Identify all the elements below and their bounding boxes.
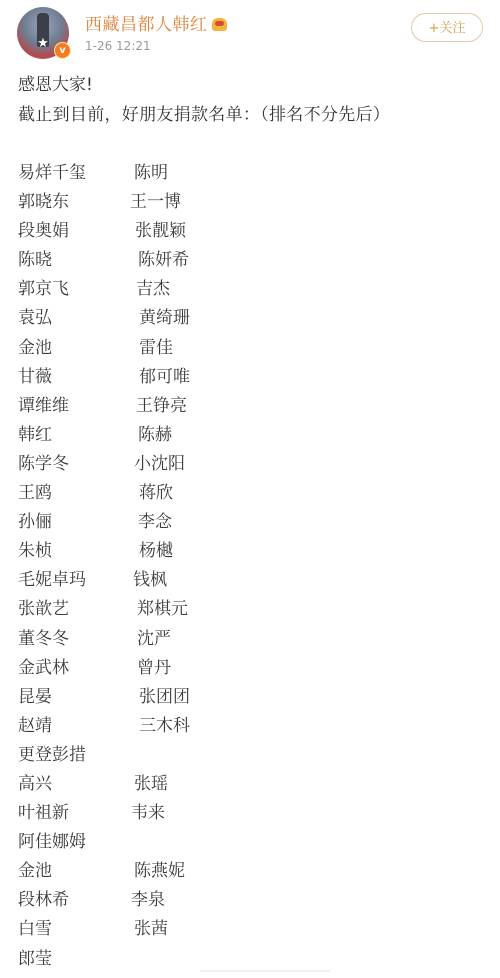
donor-row: 张歆艺郑棋元 bbox=[18, 594, 488, 623]
donor-name-right: 张茜 bbox=[134, 914, 168, 939]
donor-name-right: 郁可唯 bbox=[139, 362, 190, 387]
donor-name-right: 蒋欣 bbox=[139, 478, 173, 503]
donor-row: 董冬冬沈严 bbox=[18, 624, 488, 653]
donor-row: 谭维维王铮亮 bbox=[18, 391, 488, 420]
donor-name-right: 陈妍希 bbox=[138, 245, 189, 270]
donor-row: 阿佳娜姆 bbox=[18, 827, 488, 856]
donor-name-right: 李泉 bbox=[131, 885, 165, 910]
donor-name-left: 孙俪 bbox=[18, 507, 52, 532]
donor-row: 孙俪李念 bbox=[18, 507, 488, 536]
donor-name-left: 金武林 bbox=[18, 653, 69, 678]
donor-name-left: 郭晓东 bbox=[18, 187, 69, 212]
donor-row: 昆晏张团团 bbox=[18, 682, 488, 711]
donor-row: 段奥娟张靓颖 bbox=[18, 216, 488, 245]
donor-row: 金池陈燕妮 bbox=[18, 856, 488, 885]
donor-name-left: 张歆艺 bbox=[18, 594, 69, 619]
donor-row: 陈学冬小沈阳 bbox=[18, 449, 488, 478]
donor-name-left: 高兴 bbox=[18, 769, 52, 794]
donor-name-right: 小沈阳 bbox=[134, 449, 185, 474]
crown-icon bbox=[212, 18, 227, 31]
donor-name-right: 郑棋元 bbox=[137, 594, 188, 619]
donor-name-left: 甘薇 bbox=[18, 362, 52, 387]
donor-row: 赵靖三木科 bbox=[18, 711, 488, 740]
donor-name-right: 吉杰 bbox=[136, 274, 170, 299]
donor-row: 郭京飞吉杰 bbox=[18, 274, 488, 303]
donor-name-right: 张瑶 bbox=[134, 769, 168, 794]
donor-name-right: 沈严 bbox=[137, 624, 171, 649]
author-name[interactable]: 西藏昌都人韩红 bbox=[85, 10, 227, 35]
donor-name-right: 杨樾 bbox=[139, 536, 173, 561]
donor-name-left: 王鸥 bbox=[18, 478, 52, 503]
donor-name-right: 王铮亮 bbox=[136, 391, 187, 416]
donor-name-left: 更登彭措 bbox=[18, 740, 86, 765]
donor-row: 袁弘黄绮珊 bbox=[18, 303, 488, 332]
intro-line-thanks: 感恩大家! bbox=[18, 70, 93, 95]
donor-name-right: 黄绮珊 bbox=[139, 303, 190, 328]
donor-name-right: 陈赫 bbox=[138, 420, 172, 445]
donor-name-right: 王一博 bbox=[130, 187, 181, 212]
donor-name-right: 陈燕妮 bbox=[134, 856, 185, 881]
donor-row: 甘薇郁可唯 bbox=[18, 362, 488, 391]
donor-name-left: 谭维维 bbox=[18, 391, 69, 416]
donor-name-right: 李念 bbox=[138, 507, 172, 532]
donor-name-left: 易烊千玺 bbox=[18, 158, 86, 183]
donor-row: 白雪张茜 bbox=[18, 914, 488, 943]
donor-name-left: 段奥娟 bbox=[18, 216, 69, 241]
donor-name-left: 朱桢 bbox=[18, 536, 52, 561]
donor-row: 郭晓东王一博 bbox=[18, 187, 488, 216]
donor-name-list: 易烊千玺陈明郭晓东王一博段奥娟张靓颖陈晓陈妍希郭京飞吉杰袁弘黄绮珊金池雷佳甘薇郁… bbox=[18, 158, 488, 973]
donor-row: 韩红陈赫 bbox=[18, 420, 488, 449]
donor-row: 金池雷佳 bbox=[18, 333, 488, 362]
author-name-text: 西藏昌都人韩红 bbox=[85, 15, 208, 35]
donor-name-left: 金池 bbox=[18, 333, 52, 358]
donor-row: 高兴张瑶 bbox=[18, 769, 488, 798]
donor-name-right: 雷佳 bbox=[139, 333, 173, 358]
donor-name-right: 陈明 bbox=[134, 158, 168, 183]
donor-row: 陈晓陈妍希 bbox=[18, 245, 488, 274]
donor-name-left: 段林希 bbox=[18, 885, 69, 910]
follow-button[interactable]: +关注 bbox=[411, 13, 483, 42]
donor-name-right: 三木科 bbox=[139, 711, 190, 736]
donor-name-left: 董冬冬 bbox=[18, 624, 69, 649]
donor-row: 王鸥蒋欣 bbox=[18, 478, 488, 507]
verified-badge-icon: v bbox=[54, 42, 71, 59]
donor-name-right: 钱枫 bbox=[133, 565, 167, 590]
donor-row: 金武林曾丹 bbox=[18, 653, 488, 682]
intro-line-list-title: 截止到目前，好朋友捐款名单：（排名不分先后） bbox=[18, 100, 390, 125]
donor-name-right: 张团团 bbox=[139, 682, 190, 707]
donor-name-left: 白雪 bbox=[18, 914, 52, 939]
donor-row: 段林希李泉 bbox=[18, 885, 488, 914]
donor-name-left: 陈学冬 bbox=[18, 449, 69, 474]
donor-name-left: 毛妮卓玛 bbox=[18, 565, 86, 590]
donor-name-left: 郎莹 bbox=[18, 944, 52, 969]
donor-name-left: 郭京飞 bbox=[18, 274, 69, 299]
star-icon: ★ bbox=[34, 37, 52, 51]
divider bbox=[200, 970, 330, 972]
donor-name-right: 张靓颖 bbox=[135, 216, 186, 241]
donor-row: 朱桢杨樾 bbox=[18, 536, 488, 565]
donor-name-left: 叶祖新 bbox=[18, 798, 69, 823]
donor-name-left: 昆晏 bbox=[18, 682, 52, 707]
post-header: ★ v 西藏昌都人韩红 1-26 12:21 +关注 bbox=[0, 0, 500, 62]
donor-row: 易烊千玺陈明 bbox=[18, 158, 488, 187]
donor-row: 更登彭措 bbox=[18, 740, 488, 769]
donor-name-right: 韦来 bbox=[131, 798, 165, 823]
donor-row: 郎莹 bbox=[18, 944, 488, 973]
donor-name-left: 赵靖 bbox=[18, 711, 52, 736]
donor-name-left: 陈晓 bbox=[18, 245, 52, 270]
donor-row: 毛妮卓玛钱枫 bbox=[18, 565, 488, 594]
donor-row: 叶祖新韦来 bbox=[18, 798, 488, 827]
donor-name-left: 金池 bbox=[18, 856, 52, 881]
donor-name-right: 曾丹 bbox=[137, 653, 171, 678]
donor-name-left: 袁弘 bbox=[18, 303, 52, 328]
post-timestamp: 1-26 12:21 bbox=[85, 39, 151, 53]
donor-name-left: 阿佳娜姆 bbox=[18, 827, 86, 852]
donor-name-left: 韩红 bbox=[18, 420, 52, 445]
